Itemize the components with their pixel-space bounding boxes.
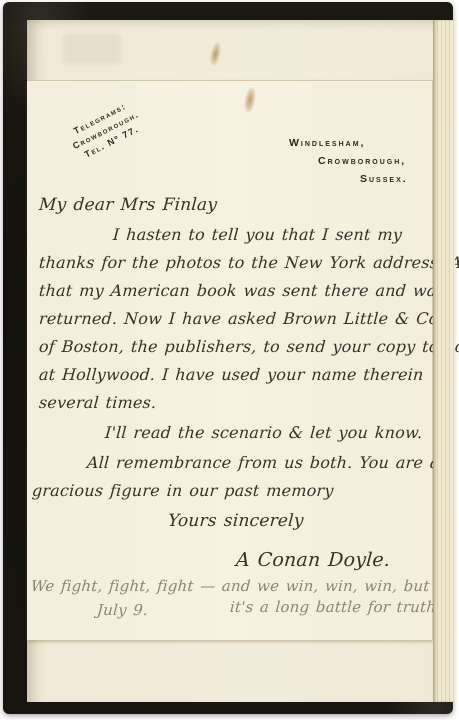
body-line: at Hollywood. I have used your name ther… (38, 365, 424, 384)
body-line: of Boston, the publishers, to send your … (38, 337, 459, 356)
fore-edge (433, 20, 455, 702)
closing: Yours sincerely (167, 511, 304, 531)
embossed-mark (63, 34, 121, 64)
letter-sheet: Telegrams: Crowborough. Tel. Nº 77. Wind… (27, 80, 433, 640)
book-cover: Telegrams: Crowborough. Tel. Nº 77. Wind… (3, 2, 453, 714)
address-line: Windlesham, (289, 137, 365, 149)
postscript-date: July 9. (96, 601, 148, 619)
salutation: My dear Mrs Finlay (38, 195, 218, 215)
signature: A Conan Doyle. (235, 549, 391, 571)
address-line: Sussex. (360, 173, 408, 185)
book-page: Telegrams: Crowborough. Tel. Nº 77. Wind… (27, 20, 455, 702)
body-line: All remembrance from us both. You are a (86, 453, 440, 472)
body-line: gracious figure in our past memory (31, 481, 334, 500)
body-line: I'll read the scenario & let you know. (104, 423, 423, 442)
body-line: I hasten to tell you that I sent my (112, 225, 402, 244)
postscript-line-1: We fight, fight, fight — and we win, win… (30, 577, 430, 595)
letterhead-telegrams: Telegrams: Crowborough. Tel. Nº 77. (41, 85, 171, 177)
body-line: thanks for the photos to the New York ad… (38, 253, 459, 272)
address-line: Crowborough, (318, 155, 406, 167)
foxing-spot (243, 86, 257, 113)
body-line: returned. Now I have asked Brown Little … (38, 309, 439, 328)
foxing-spot (209, 41, 223, 66)
body-line: that my American book was sent there and… (38, 281, 445, 300)
body-line: several times. (38, 393, 157, 412)
postscript-line-2: it's a long battle for truth. (229, 598, 441, 616)
